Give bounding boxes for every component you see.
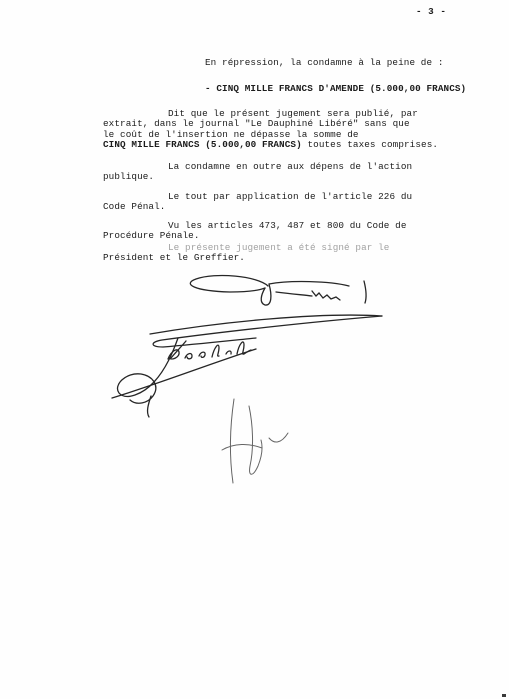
scan-artifact-speck bbox=[502, 694, 506, 697]
page-number: - 3 - bbox=[416, 7, 446, 17]
text-line-sum: CINQ MILLE FRANCS (5.000,00 FRANCS) tout… bbox=[103, 140, 438, 150]
text-line: Le tout par application de l'article 226… bbox=[168, 192, 412, 202]
text-line: En répression, la condamne à la peine de… bbox=[205, 58, 444, 68]
greffier-signature bbox=[222, 399, 288, 483]
text-line: Président et le Greffier. bbox=[103, 253, 245, 263]
president-signature bbox=[112, 275, 382, 417]
scanned-judgment-page: - 3 - En répression, la condamne à la pe… bbox=[0, 0, 509, 699]
text-line-fine-amount: - CINQ MILLE FRANCS D'AMENDE (5.000,00 F… bbox=[205, 84, 466, 94]
signatures bbox=[0, 0, 509, 699]
text-normal-sum: toutes taxes comprises. bbox=[302, 139, 438, 150]
text-line: Vu les articles 473, 487 et 800 du Code … bbox=[168, 221, 407, 231]
text-line: extrait, dans le journal "Le Dauphiné Li… bbox=[103, 119, 410, 129]
text-line: Procédure Pénale. bbox=[103, 231, 200, 241]
text-line: Code Pénal. bbox=[103, 202, 165, 212]
text-bold-sum: CINQ MILLE FRANCS (5.000,00 FRANCS) bbox=[103, 139, 302, 150]
text-line: publique. bbox=[103, 172, 154, 182]
text-line: La condamne en outre aux dépens de l'act… bbox=[168, 162, 412, 172]
